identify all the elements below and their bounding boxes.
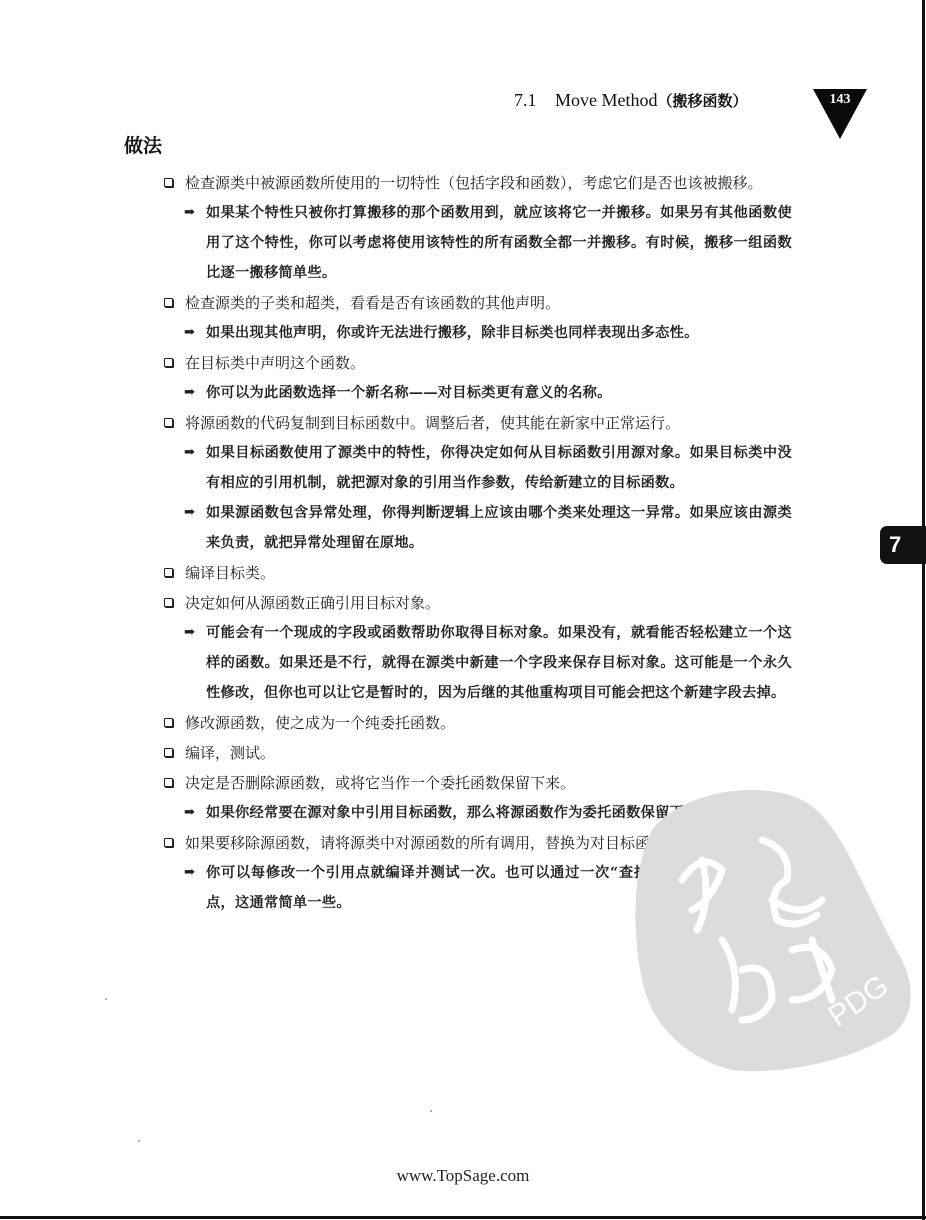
page-footer: www.TopSage.com [0,1166,926,1186]
note-text: 如果目标函数使用了源类中的特性，你得决定如何从目标函数引用源对象。如果目标类中没… [206,445,792,491]
arrow-right-icon: ➡ [184,858,195,888]
page-number: 143 [813,92,867,108]
checkbox-bullet-icon [164,838,173,847]
step-item: 决定如何从源函数正确引用目标对象。 [162,588,792,618]
step-item: 修改源函数，使之成为一个纯委托函数。 [162,708,792,738]
arrow-right-icon: ➡ [184,498,195,528]
step-item: 编译目标类。 [162,558,792,588]
footer-url: www.TopSage.com [397,1166,530,1185]
arrow-right-icon: ➡ [184,618,195,648]
checkbox-bullet-icon [164,358,173,367]
pdg-watermark: PDG [612,770,926,1090]
step-item: 编译，测试。 [162,738,792,768]
arrow-right-icon: ➡ [184,378,195,408]
note-text: 你可以为此函数选择一个新名称——对目标类更有意义的名称。 [206,385,612,401]
checkbox-bullet-icon [164,778,173,787]
step-text: 决定是否删除源函数，或将它当作一个委托函数保留下来。 [185,774,575,792]
arrow-right-icon: ➡ [184,438,195,468]
checkbox-bullet-icon [164,418,173,427]
checkbox-bullet-icon [164,718,173,727]
running-header: 7.1 Move Method（搬移函数） [514,90,748,111]
step-item: 在目标类中声明这个函数。 [162,348,792,378]
step-note: ➡ 如果目标函数使用了源类中的特性，你得决定如何从目标函数引用源对象。如果目标类… [162,438,792,498]
step-note: ➡ 如果出现其他声明，你或许无法进行搬移，除非目标类也同样表现出多态性。 [162,318,792,348]
step-text: 检查源类中被源函数所使用的一切特性（包括字段和函数），考虑它们是否也该被搬移。 [185,174,763,192]
note-text: 如果源函数包含异常处理，你得判断逻辑上应该由哪个类来处理这一异常。如果应该由源类… [206,505,792,551]
step-note: ➡ 如果源函数包含异常处理，你得判断逻辑上应该由哪个类来处理这一异常。如果应该由… [162,498,792,558]
step-note: ➡ 可能会有一个现成的字段或函数帮助你取得目标对象。如果没有，就看能否轻松建立一… [162,618,792,708]
step-text: 修改源函数，使之成为一个纯委托函数。 [185,714,455,732]
step-text: 将源函数的代码复制到目标函数中。调整后者，使其能在新家中正常运行。 [185,414,680,432]
step-item: 将源函数的代码复制到目标函数中。调整后者，使其能在新家中正常运行。 [162,408,792,438]
step-note: ➡ 如果某个特性只被你打算搬移的那个函数用到，就应该将它一并搬移。如果另有其他函… [162,198,792,288]
arrow-right-icon: ➡ [184,798,195,828]
checkbox-bullet-icon [164,298,173,307]
chapter-tab: 7 [880,526,926,564]
scan-speck [105,998,107,1000]
scan-speck [430,1110,432,1112]
step-text: 在目标类中声明这个函数。 [185,354,365,372]
step-item: 检查源类的子类和超类，看看是否有该函数的其他声明。 [162,288,792,318]
note-text: 如果某个特性只被你打算搬移的那个函数用到，就应该将它一并搬移。如果另有其他函数使… [206,205,792,281]
note-text: 可能会有一个现成的字段或函数帮助你取得目标对象。如果没有，就看能否轻松建立一个这… [206,625,792,701]
seal-stamp-icon: PDG [612,770,926,1090]
section-title-en: Move Method [555,90,658,110]
checkbox-bullet-icon [164,598,173,607]
step-text: 编译，测试。 [185,744,275,762]
page-edge-bottom [0,1216,926,1219]
note-text: 如果出现其他声明，你或许无法进行搬移，除非目标类也同样表现出多态性。 [206,325,699,341]
step-text: 决定如何从源函数正确引用目标对象。 [185,594,440,612]
step-text: 编译目标类。 [185,564,275,582]
arrow-right-icon: ➡ [184,318,195,348]
step-item: 检查源类中被源函数所使用的一切特性（包括字段和函数），考虑它们是否也该被搬移。 [162,168,792,198]
step-note: ➡ 你可以为此函数选择一个新名称——对目标类更有意义的名称。 [162,378,792,408]
step-text: 检查源类的子类和超类，看看是否有该函数的其他声明。 [185,294,560,312]
checkbox-bullet-icon [164,178,173,187]
section-number: 7.1 [514,90,537,110]
section-heading: 做法 [124,131,162,158]
checkbox-bullet-icon [164,568,173,577]
checkbox-bullet-icon [164,748,173,757]
arrow-right-icon: ➡ [184,198,195,228]
scan-speck [138,1140,140,1142]
page-number-badge: 143 [813,89,867,139]
section-title-cn: （搬移函数） [658,92,748,110]
